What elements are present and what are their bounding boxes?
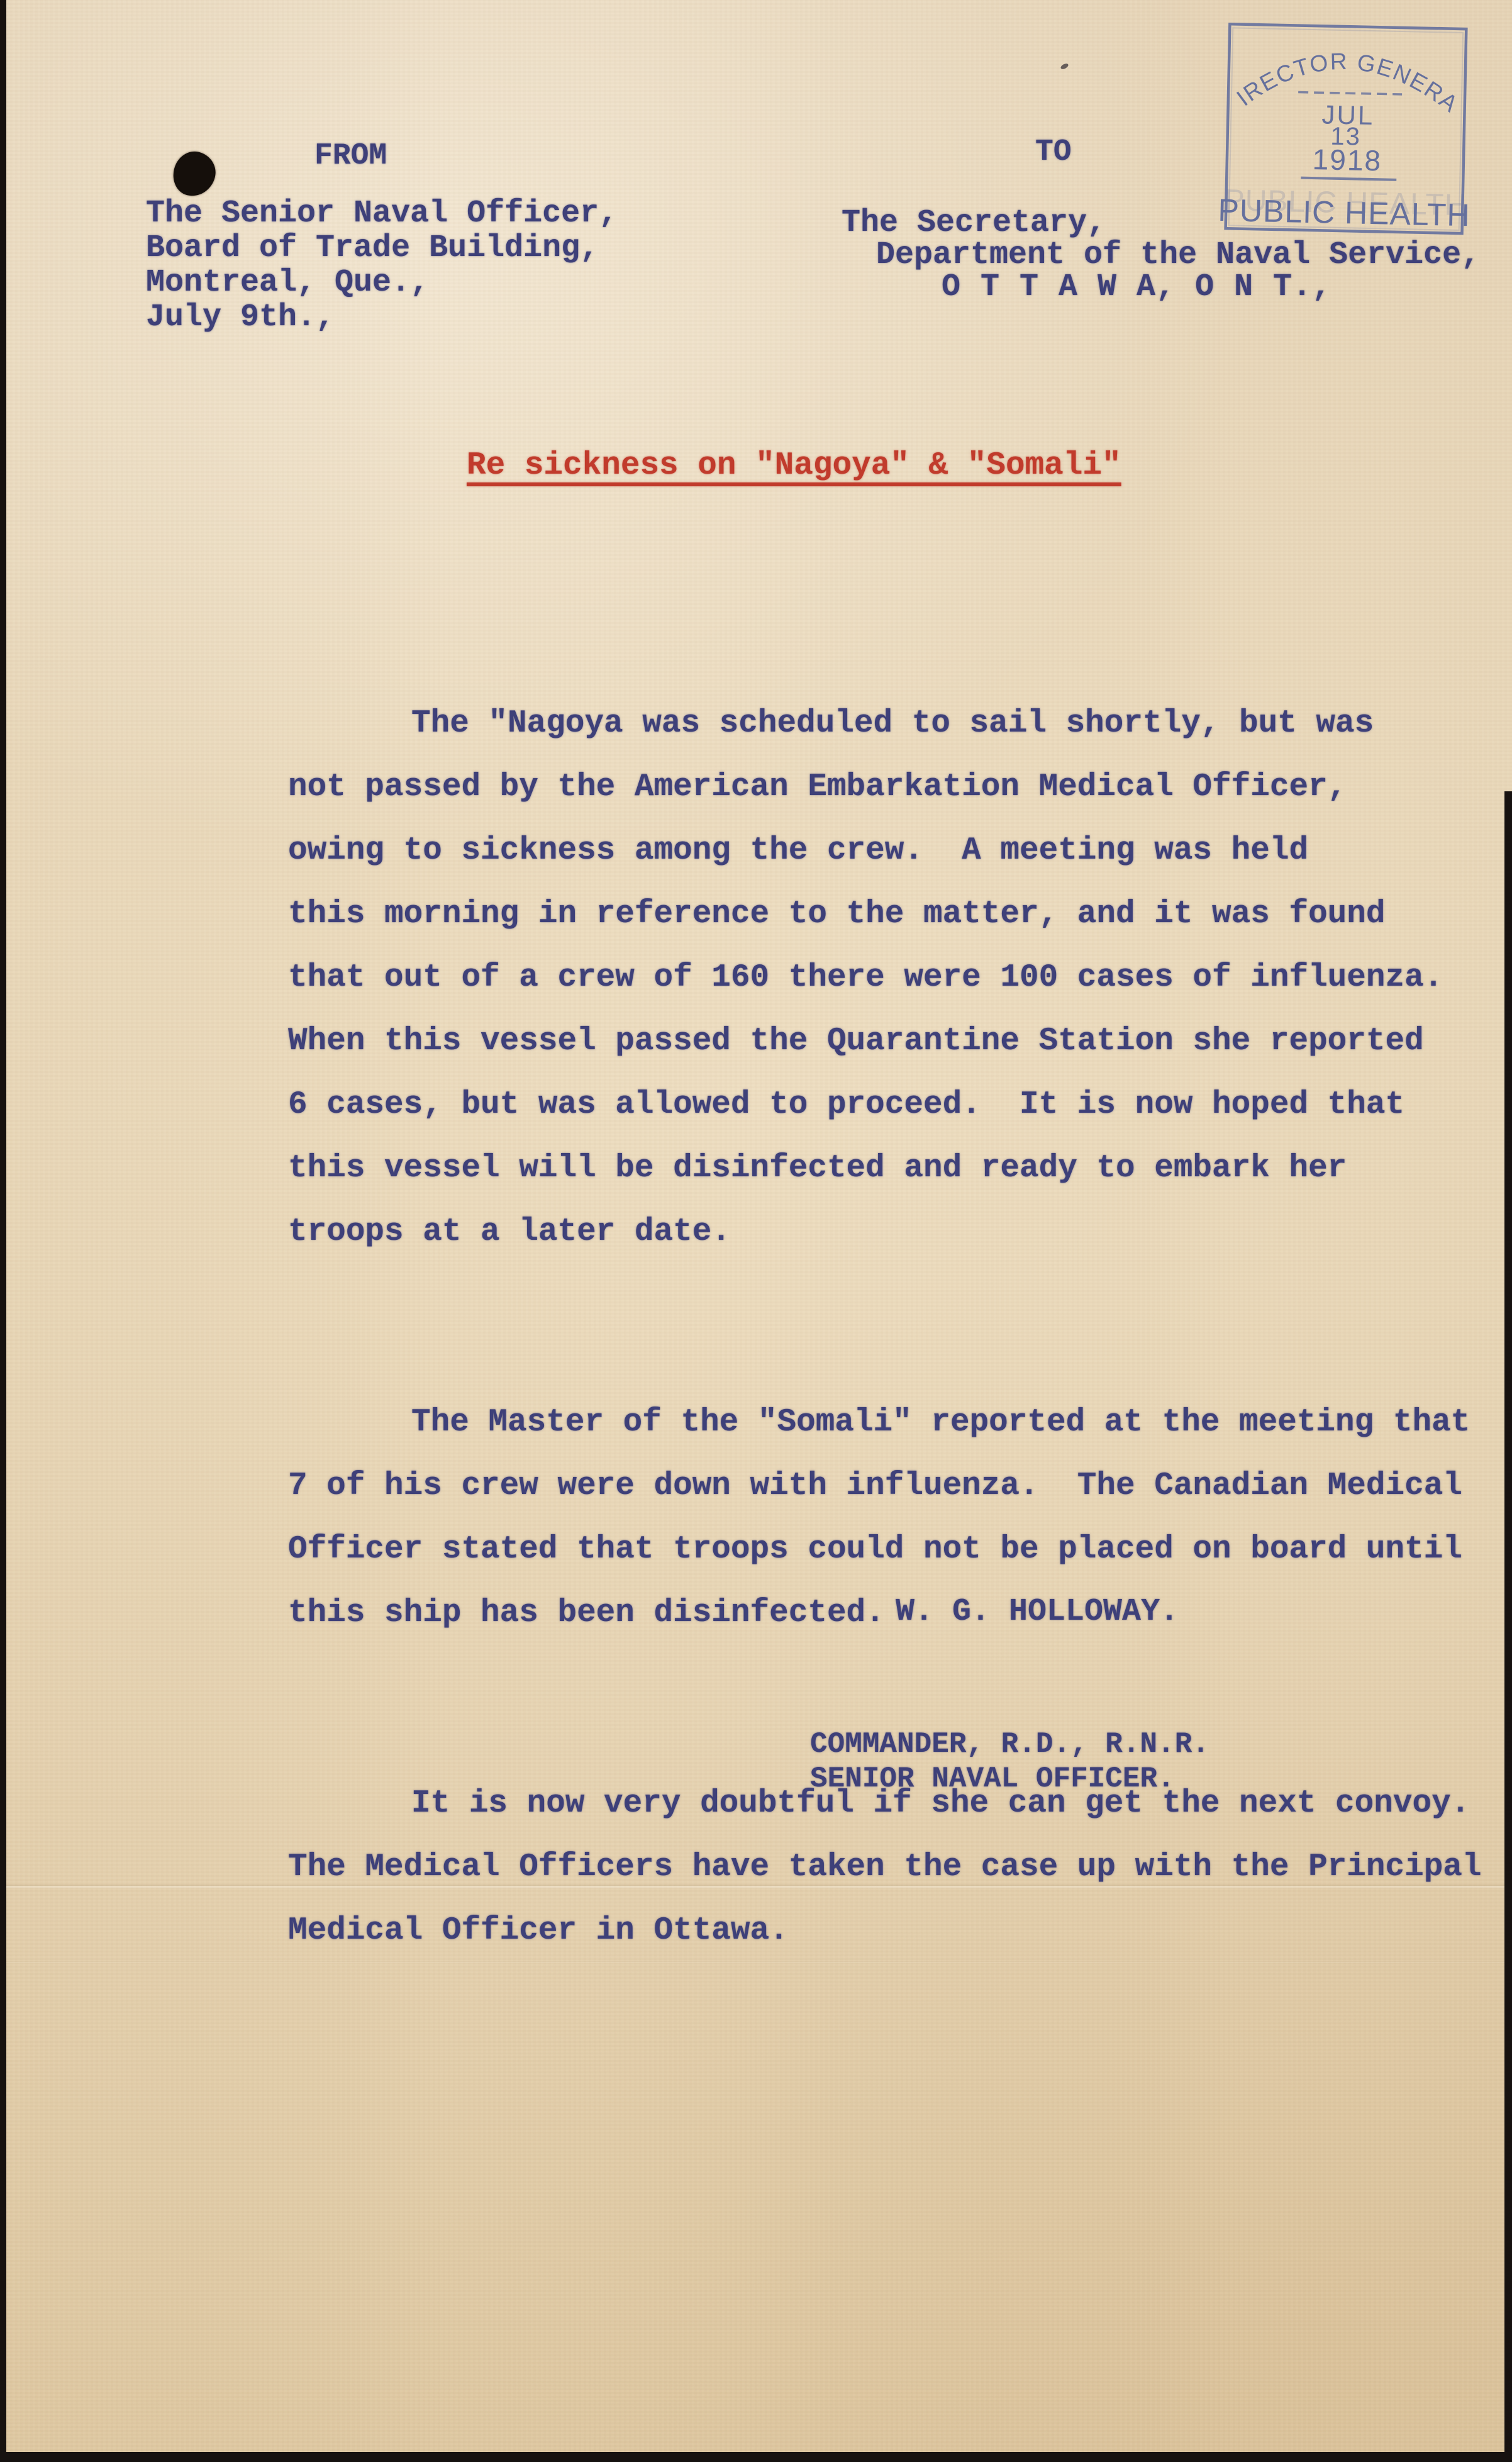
paragraph-2: The Master of the "Somali" reported at t… (288, 1391, 1502, 1645)
stamp-bottom-text: PUBLIC HEALTH (1218, 192, 1470, 233)
paragraph-3: It is now very doubtful if she can get t… (288, 1772, 1502, 1963)
paragraph-1: The "Nagoya was scheduled to sail shortl… (288, 692, 1502, 1264)
to-address-line-2: Department of the Naval Service, (876, 238, 1480, 272)
signature-title: SENIOR NAVAL OFFICER. (810, 1763, 1175, 1795)
stamp-year: 1918 (1312, 143, 1382, 177)
stamp-dash-line (1298, 92, 1402, 94)
signature-rank: COMMANDER, R.D., R.N.R. (810, 1728, 1209, 1761)
date-stamp-graphic: DIRECTOR GENERAL JUL 13 1918 PUBLIC HEAL… (1210, 11, 1472, 243)
to-address-line-1: The Secretary, (842, 206, 1106, 240)
received-date-stamp: DIRECTOR GENERAL JUL 13 1918 PUBLIC HEAL… (1210, 11, 1472, 243)
paper-crease (0, 1885, 1512, 1888)
scanned-letter-page: FROM The Senior Naval Officer, Board of … (0, 0, 1512, 2462)
stamp-year-underline (1301, 178, 1396, 180)
ink-speck (1060, 62, 1069, 70)
signature-rank-title: COMMANDER, R.D., R.N.R. SENIOR NAVAL OFF… (810, 1727, 1209, 1796)
letter-body: The "Nagoya was scheduled to sail shortl… (288, 565, 1502, 2090)
scan-edge-bottom (0, 2452, 1512, 2462)
from-label: FROM (314, 141, 387, 171)
scan-edge-right (1504, 791, 1512, 2462)
from-address: The Senior Naval Officer, Board of Trade… (146, 196, 618, 335)
signature-name: W. G. HOLLOWAY. (896, 1595, 1179, 1630)
scan-edge-left (0, 0, 6, 2462)
to-label: TO (1035, 137, 1072, 167)
paper-crease-faint (0, 1961, 1512, 1963)
to-address-line-3: O T T A W A, O N T., (942, 270, 1331, 304)
subject-heading: Re sickness on "Nagoya" & "Somali" (467, 444, 1121, 488)
punch-hole-mark (169, 147, 220, 201)
